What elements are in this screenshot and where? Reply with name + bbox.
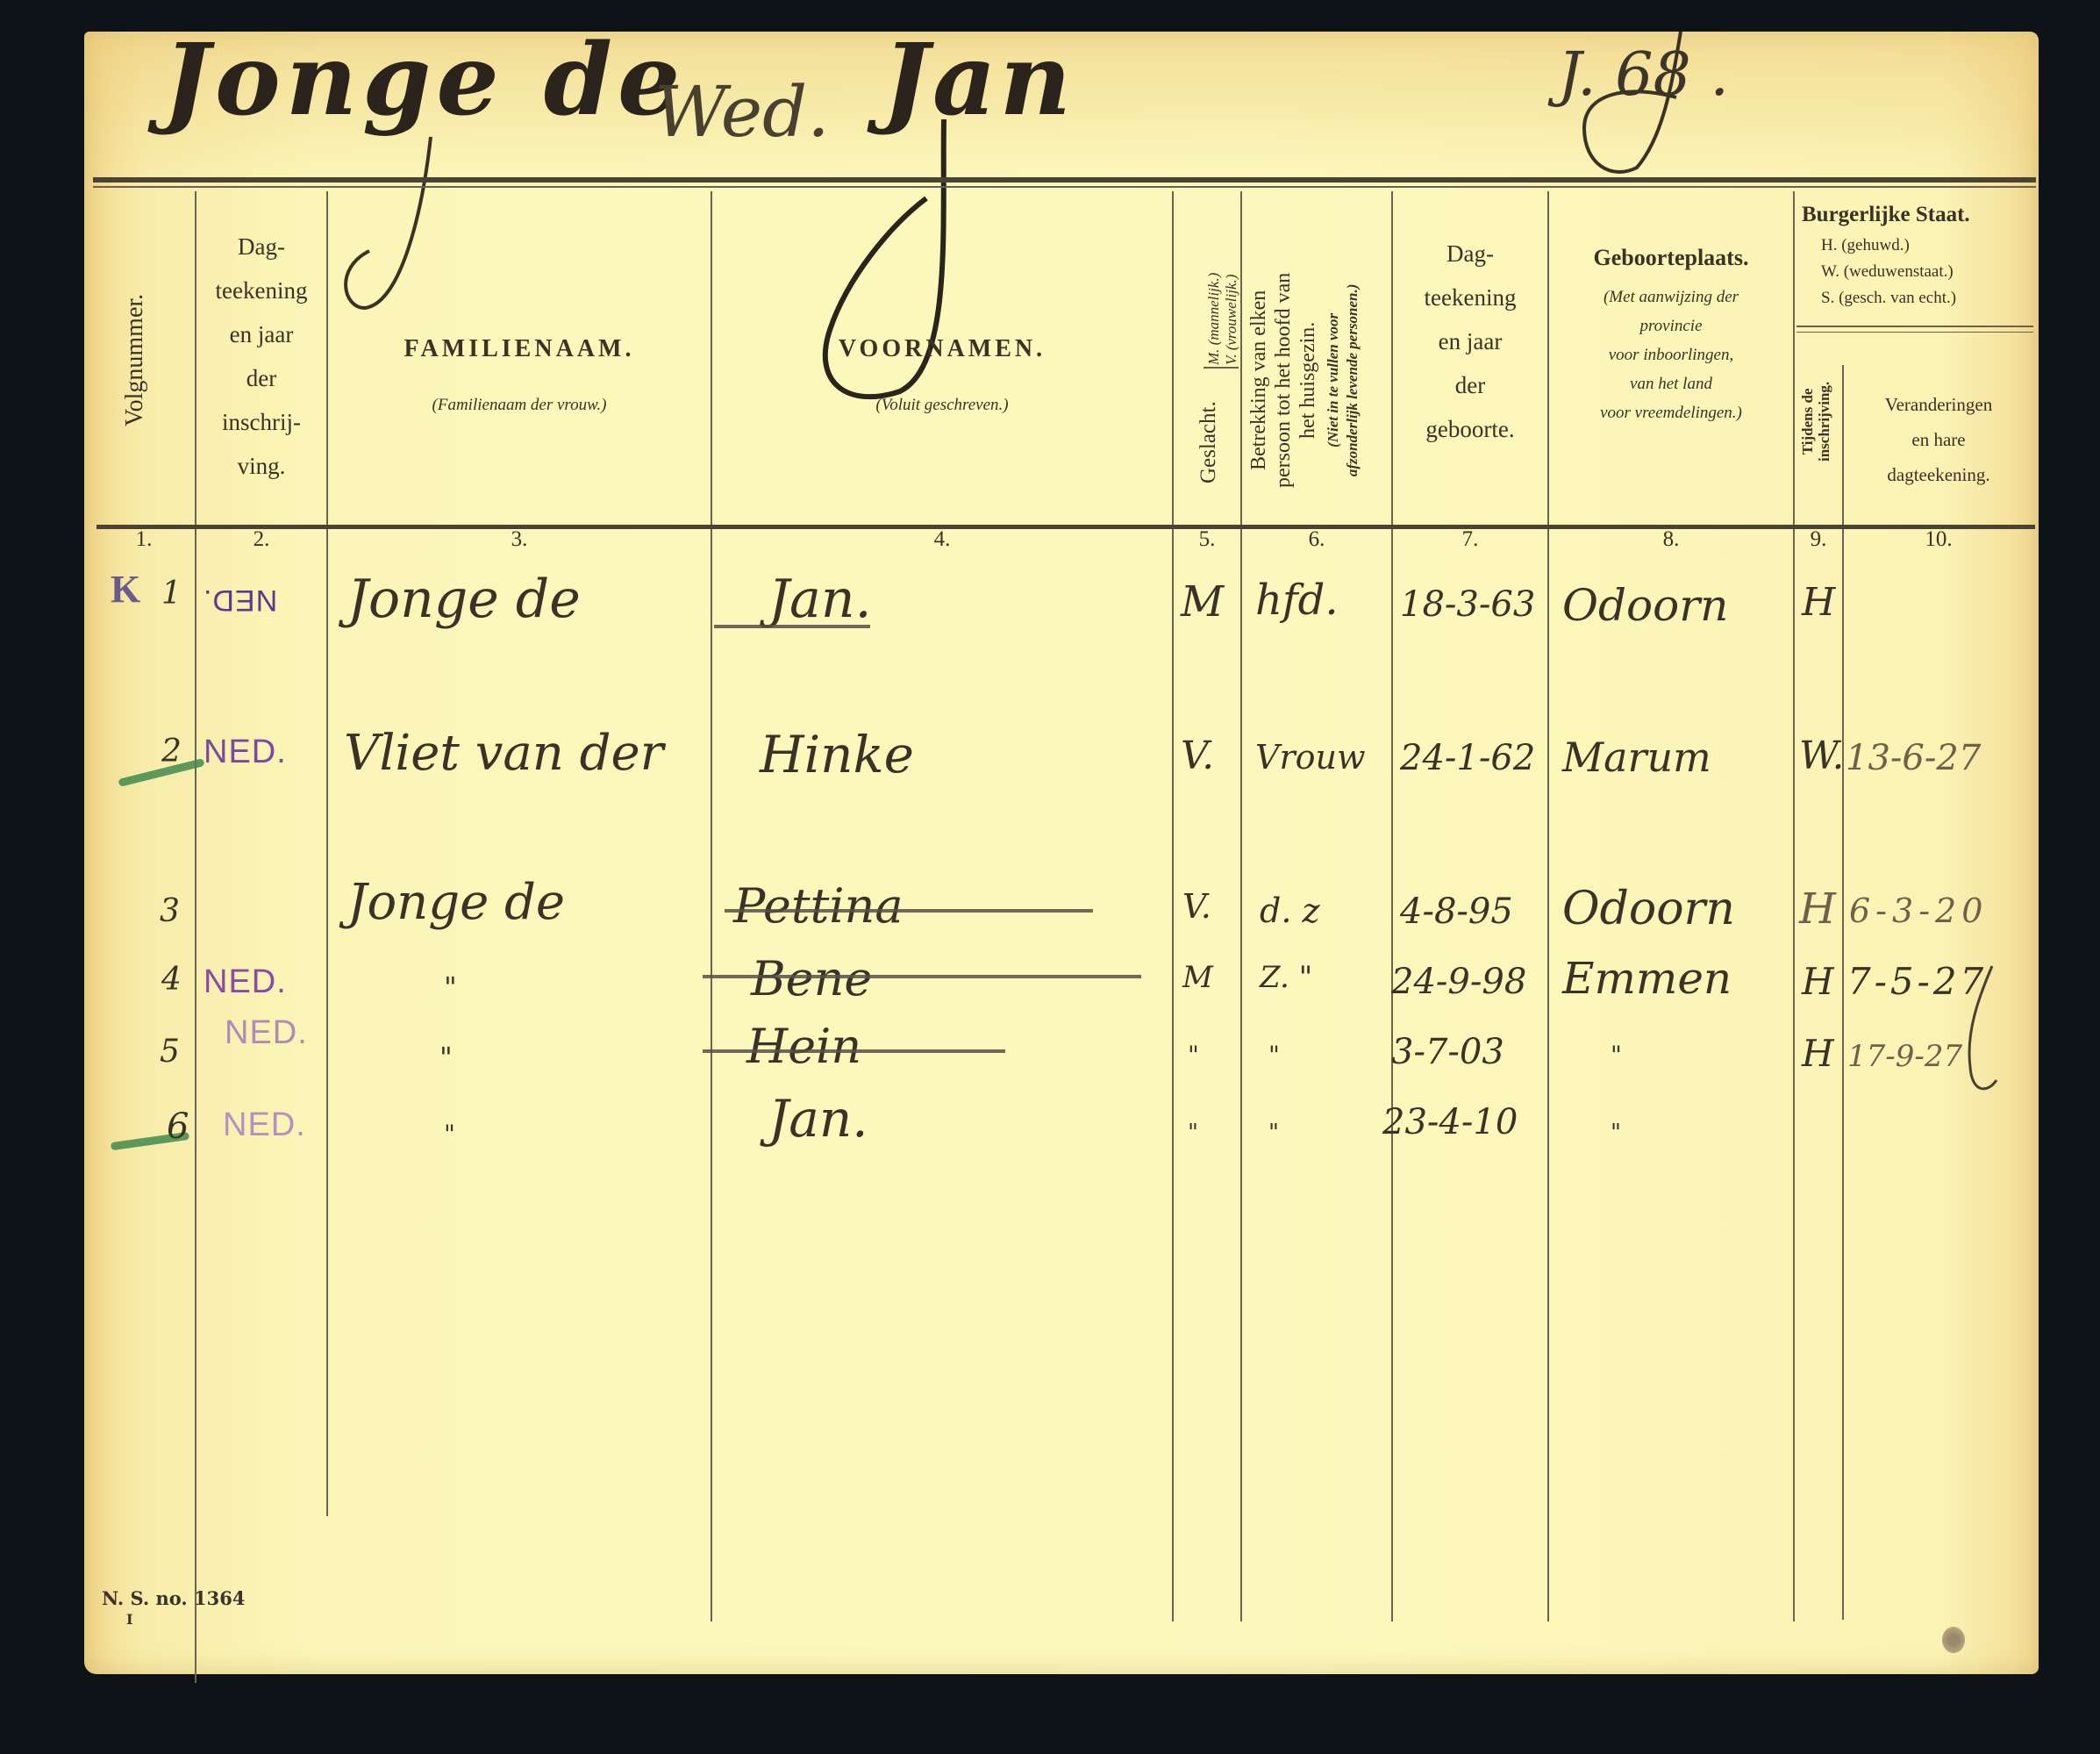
- given-name: Hein: [746, 1019, 861, 1074]
- header-tijdens-inschrijving: Tijdens de inschrijving.: [1799, 382, 1832, 462]
- header-line: van het land: [1549, 369, 1793, 398]
- birth-place: Odoorn: [1562, 883, 1735, 935]
- given-name: Jan.: [768, 569, 872, 630]
- row-number: 1: [161, 576, 182, 612]
- col-number-7: 7.: [1393, 527, 1547, 552]
- header-line: voor vreemdelingen.): [1549, 398, 1793, 427]
- col-divider-4: [1172, 191, 1174, 1622]
- signature-loop-icon: [1532, 32, 1707, 181]
- header-betrekking: Betrekking van elken persoon tot het hoo…: [1246, 273, 1362, 488]
- birth-place: Emmen: [1562, 953, 1732, 1004]
- surname: Jonge de: [347, 874, 565, 931]
- civil-h: H. (gehuwd.): [1796, 233, 2038, 259]
- col-divider-8: [1793, 191, 1795, 1622]
- header-burgerlijke-staat: Burgerlijke Staat. H. (gehuwd.) W. (wedu…: [1796, 198, 2038, 311]
- header-line: voor inboorlingen,: [1549, 340, 1793, 369]
- nationality-stamp: NED.: [223, 1106, 306, 1144]
- row-number: 5: [160, 1034, 180, 1070]
- header-geslacht: Geslacht.: [1196, 401, 1221, 483]
- given-name: Hinke: [760, 725, 914, 784]
- surname-ditto: ": [439, 1041, 453, 1074]
- header-line: Veranderingen: [1844, 387, 2033, 422]
- given-name: Bene: [751, 951, 872, 1006]
- civil-status-subrule-2: [1796, 332, 2033, 333]
- header-geslacht-m: M. (mannelijk.): [1205, 273, 1223, 365]
- surname: Vliet van der: [344, 725, 663, 782]
- header-line: en hare: [1844, 422, 2033, 457]
- given-name: Jan.: [768, 1089, 868, 1149]
- header-voornamen-title: VOORNAMEN.: [712, 330, 1172, 368]
- civil-status: H: [1799, 884, 1836, 934]
- birth-date: 18-3-63: [1400, 584, 1535, 625]
- header-line: der: [1393, 363, 1547, 407]
- header-geboorteplaats-notes: (Met aanwijzing der provincie voor inboo…: [1549, 283, 1793, 427]
- header-line: provincie: [1549, 311, 1793, 340]
- embossed-seal-icon: [1942, 1627, 1965, 1653]
- header-line: inschrij-: [196, 400, 326, 444]
- form-code: N. S. no. 1364: [102, 1587, 246, 1609]
- sex: V.: [1181, 734, 1214, 778]
- header-top-rule: [93, 177, 2036, 183]
- header-bottom-rule: [96, 525, 2035, 529]
- sex-ditto: ": [1188, 1041, 1199, 1070]
- header-line: (Met aanwijzing der: [1549, 283, 1793, 311]
- nationality-stamp: NED.: [204, 734, 287, 771]
- civil-status: H: [1802, 960, 1834, 1003]
- civil-status: H: [1802, 1032, 1834, 1075]
- col-number-1: 1.: [93, 527, 195, 552]
- given-name: Pettina: [733, 878, 904, 934]
- col-divider-9: [1842, 365, 1844, 1620]
- header-voornamen-sub: (Voluit geschreven.): [712, 392, 1172, 418]
- header-registration-date: Dag- teekening en jaar der inschrij- vin…: [196, 225, 326, 488]
- civil-s: S. (gesch. van echt.): [1796, 285, 2038, 311]
- header-line: der: [196, 356, 326, 400]
- civil-change: 6-3-20: [1849, 891, 1988, 930]
- col-number-10: 10.: [1844, 527, 2033, 552]
- birth-date: 3-7-03: [1391, 1032, 1504, 1072]
- header-line: het huisgezin.: [1296, 273, 1320, 488]
- header-line: en jaar: [1393, 319, 1547, 363]
- header-line: teekening: [1393, 276, 1547, 319]
- col-number-8: 8.: [1549, 527, 1793, 552]
- col-number-5: 5.: [1174, 527, 1240, 552]
- col-divider-5: [1240, 191, 1242, 1622]
- header-geboorteplaats: Geboorteplaats. (Met aanwijzing der prov…: [1549, 240, 1793, 427]
- header-line: (Niet in te vullen voor: [1324, 273, 1343, 488]
- relation: hfd.: [1255, 576, 1339, 625]
- header-voornamen: VOORNAMEN. (Voluit geschreven.): [712, 330, 1172, 419]
- header-familienaam-sub: (Familienaam der vrouw.): [328, 392, 711, 418]
- change-bracket-icon: [1953, 962, 2005, 1111]
- header-line: persoon tot het hoofd van: [1271, 273, 1296, 488]
- birth-place: Marum: [1562, 734, 1711, 781]
- col-number-4: 4.: [712, 527, 1172, 552]
- civil-status: H: [1802, 580, 1835, 625]
- title-descender-loop-icon: [339, 119, 461, 321]
- col-number-6: 6.: [1242, 527, 1391, 552]
- col-number-9: 9.: [1795, 527, 1842, 552]
- header-line: en jaar: [196, 312, 326, 356]
- row-number: 6: [167, 1106, 189, 1147]
- registration-card: Jonge de Wed. Jan J. 68 . Volgnummer. Da…: [84, 32, 2039, 1674]
- surname-ditto: ": [444, 1120, 455, 1149]
- header-geboorteplaats-title: Geboorteplaats.: [1549, 240, 1793, 276]
- birth-place-ditto: ": [1611, 1041, 1622, 1070]
- nationality-stamp: NED.: [225, 1014, 308, 1052]
- form-sub-code: I: [126, 1611, 132, 1628]
- header-line: ving.: [196, 444, 326, 488]
- header-line: Dag-: [1393, 232, 1547, 276]
- given-name-strike: [703, 975, 1141, 978]
- birth-date: 4-8-95: [1400, 891, 1513, 932]
- sex: M: [1181, 577, 1224, 626]
- civil-status-subrule: [1796, 326, 2033, 327]
- given-name-strike: [703, 1049, 1005, 1053]
- header-line: inschrijving.: [1816, 382, 1832, 462]
- header-line: afzonderlijk levende personen.): [1343, 273, 1362, 488]
- header-veranderingen: Veranderingen en hare dagteekening.: [1844, 387, 2033, 492]
- birth-date: 24-9-98: [1391, 962, 1526, 1002]
- header-familienaam-title: FAMILIENAAM.: [328, 330, 711, 368]
- col-number-2: 2.: [196, 527, 326, 552]
- birth-date: 24-1-62: [1400, 738, 1535, 778]
- civil-status: W.: [1799, 734, 1845, 778]
- civil-w: W. (weduwenstaat.): [1796, 259, 2038, 285]
- sex: V.: [1182, 887, 1211, 926]
- row-number: 4: [161, 962, 182, 998]
- header-line: dagteekening.: [1844, 457, 2033, 492]
- header-line: geboorte.: [1393, 407, 1547, 451]
- given-name-strike: [725, 909, 1093, 913]
- header-line: Dag-: [196, 225, 326, 268]
- header-line: Tijdens de: [1799, 382, 1816, 462]
- relation: Z. ": [1260, 960, 1312, 995]
- surname: Jonge de: [347, 569, 581, 630]
- geslacht-divider: [1204, 367, 1239, 369]
- surname-ditto: ": [444, 970, 457, 1004]
- birth-place-ditto: ": [1611, 1120, 1621, 1146]
- row-number: 2: [161, 734, 182, 770]
- relation: Vrouw: [1255, 738, 1366, 777]
- sex: M: [1182, 960, 1213, 995]
- birth-date: 23-4-10: [1382, 1102, 1518, 1142]
- civil-change: 17-9-27: [1847, 1039, 1962, 1074]
- k-mark: K: [111, 567, 140, 612]
- sex-ditto: ": [1188, 1120, 1198, 1146]
- card-widow-annotation: Wed.: [654, 71, 830, 153]
- col-number-3: 3.: [328, 527, 711, 552]
- header-birth-date: Dag- teekening en jaar der geboorte.: [1393, 232, 1547, 451]
- relation-ditto: ": [1268, 1120, 1279, 1146]
- header-line: teekening: [196, 268, 326, 312]
- given-name-strike: [714, 625, 870, 628]
- relation: d. z: [1260, 891, 1320, 930]
- header-familienaam: FAMILIENAAM. (Familienaam der vrouw.): [328, 330, 711, 419]
- nationality-stamp: NED.: [204, 963, 287, 1001]
- row-number: 3: [160, 893, 180, 929]
- header-line: Betrekking van elken: [1246, 273, 1271, 488]
- header-burgerlijke-staat-title: Burgerlijke Staat.: [1796, 198, 2038, 233]
- civil-change: 13-6-27: [1846, 738, 1981, 778]
- header-geslacht-v: V. (vrouwelijk.): [1223, 275, 1240, 365]
- header-top-rule-thin: [93, 186, 2036, 188]
- nationality-stamp: NED.: [203, 583, 277, 617]
- header-volgnummer: Volgnummer.: [121, 294, 149, 426]
- birth-place: Odoorn: [1562, 580, 1728, 631]
- relation-ditto: ": [1268, 1041, 1280, 1070]
